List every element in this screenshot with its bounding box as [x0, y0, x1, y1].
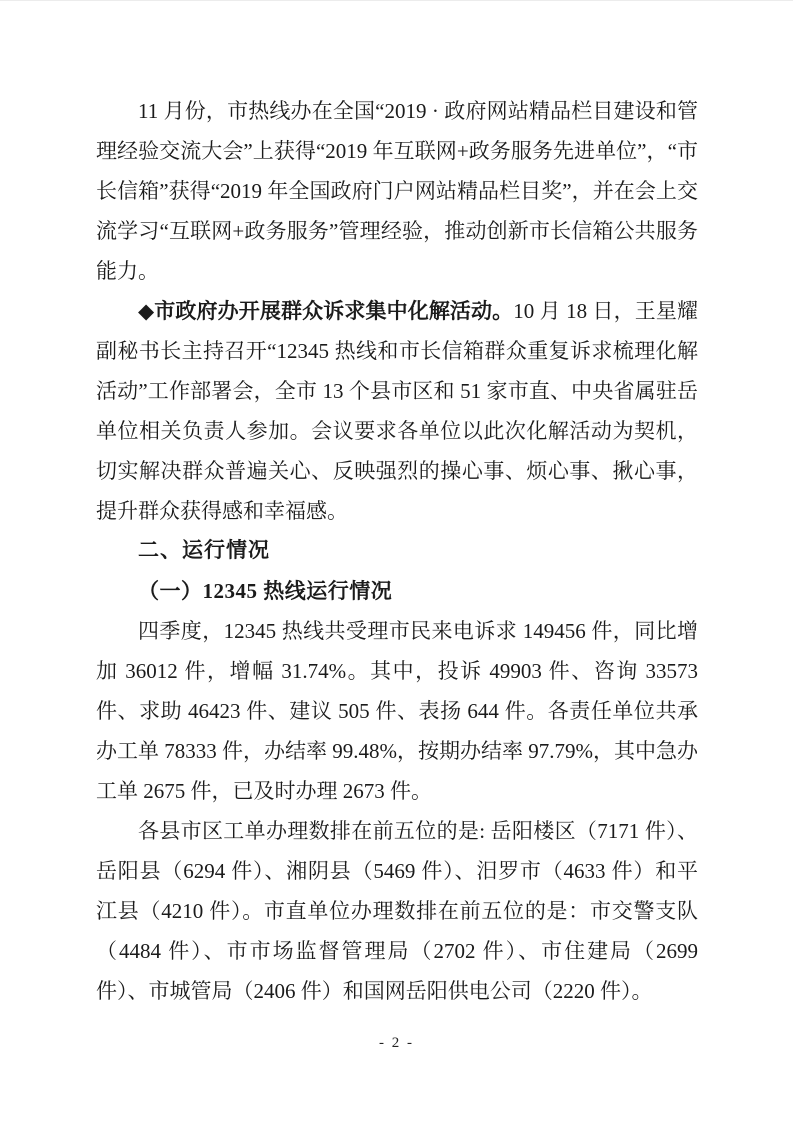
paragraph-body-text: 10 月 18 日，王星耀副秘书长主持召开“12345 热线和市长信箱群众重复诉… [96, 299, 698, 523]
document-page: 11 月份，市热线办在全国“2019 · 政府网站精品栏目建设和管理经验交流大会… [0, 0, 793, 1122]
section-heading-operation: 二、运行情况 [96, 531, 698, 571]
paragraph-resolution-activity: ◆市政府办开展群众诉求集中化解活动。10 月 18 日，王星耀副秘书长主持召开“… [96, 291, 698, 531]
page-number: - 2 - [0, 1035, 793, 1052]
paragraph-award-news: 11 月份，市热线办在全国“2019 · 政府网站精品栏目建设和管理经验交流大会… [96, 91, 698, 291]
subsection-heading-hotline: （一）12345 热线运行情况 [96, 571, 698, 611]
document-body: 11 月份，市热线办在全国“2019 · 政府网站精品栏目建设和管理经验交流大会… [96, 91, 698, 1011]
paragraph-top5-rankings: 各县市区工单办理数排在前五位的是: 岳阳楼区（7171 件）、岳阳县（6294 … [96, 811, 698, 1011]
paragraph-hotline-statistics: 四季度，12345 热线共受理市民来电诉求 149456 件，同比增加 3601… [96, 611, 698, 811]
paragraph-bold-lead: ◆市政府办开展群众诉求集中化解活动。 [138, 299, 513, 323]
